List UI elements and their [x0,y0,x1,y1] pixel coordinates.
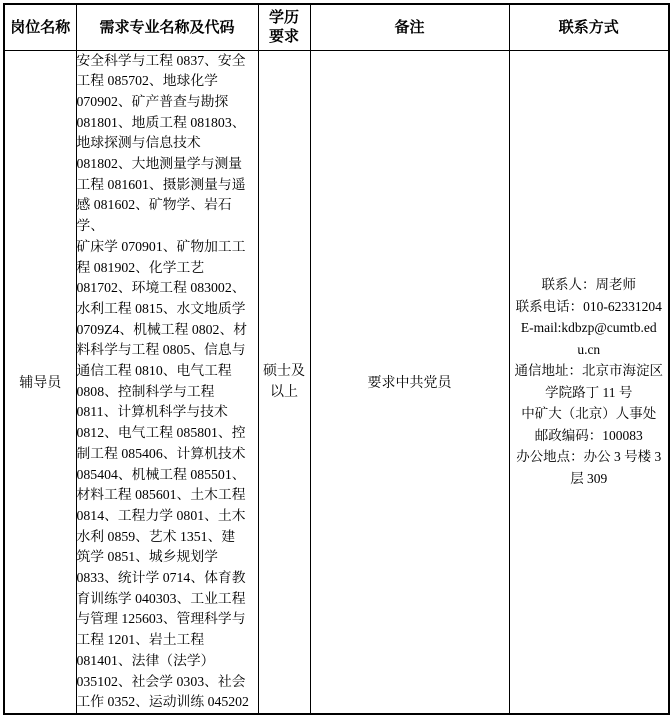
cell-remarks: 要求中共党员 [310,50,509,714]
cell-contact-info: 联系人：周老师 联系电话：010-62331204 E-mail:kdbzp@c… [509,50,669,714]
header-education-requirement: 学历要求 [258,4,310,50]
header-position-name: 岗位名称 [4,4,76,50]
cell-education-requirement: 硕士及以上 [258,50,310,714]
header-remarks: 备注 [310,4,509,50]
cell-position-name: 辅导员 [4,50,76,714]
cell-required-majors: 安全科学与工程 0837、安全 工程 085702、地球化学 070902、矿产… [76,50,258,714]
table-header-row: 岗位名称 需求专业名称及代码 学历要求 备注 联系方式 [4,4,669,50]
recruitment-table: 岗位名称 需求专业名称及代码 学历要求 备注 联系方式 辅导员 安全科学与工程 … [3,3,670,715]
header-contact-info: 联系方式 [509,4,669,50]
table-row: 辅导员 安全科学与工程 0837、安全 工程 085702、地球化学 07090… [4,50,669,714]
header-required-majors: 需求专业名称及代码 [76,4,258,50]
